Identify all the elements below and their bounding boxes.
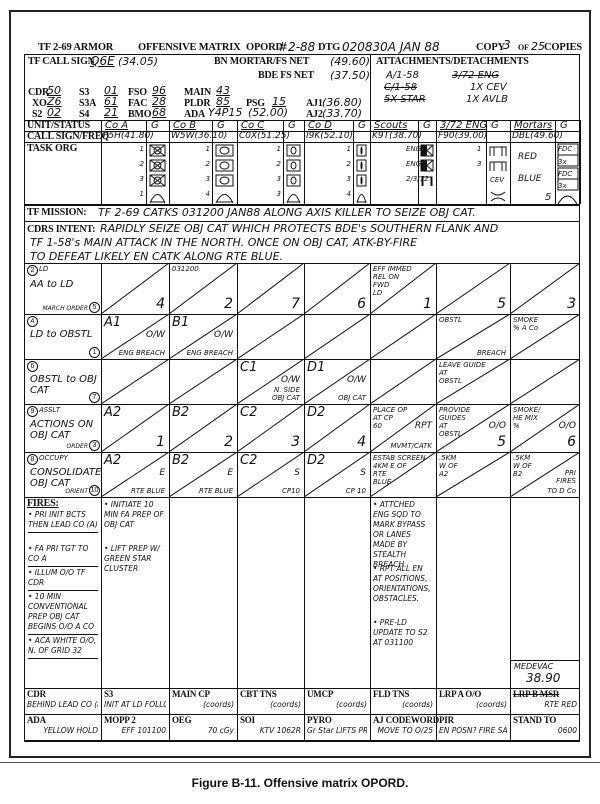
unit-callsign: W5W(36.10) [171, 131, 227, 141]
cell-bottom-right: 7 [291, 297, 300, 312]
tf-call-sign-label: TF CALL SIGN [28, 56, 95, 67]
cell-top-right: O/W [347, 376, 366, 384]
mortar-hq-number: 5 [545, 192, 551, 203]
intent-line: TO DEFEAT LIKELY EN CATK ALONG RTE BLUE. [30, 250, 283, 263]
mission-text: TF 2-69 CATKS 031200 JAN88 ALONG AXIS KI… [98, 206, 476, 219]
cell-bottom-right: 1 [423, 297, 432, 312]
matrix-cell: C1O/WN. SIDE OBJ CAT [237, 359, 304, 404]
opord-value: #2-88 [278, 40, 315, 54]
cell-bottom-right: RTE BLUE [131, 487, 165, 495]
fires-item: • INITIATE 10 MIN FA PREP OF OBJ CAT [104, 500, 166, 530]
dtg-label: DTG [318, 42, 340, 53]
of-label: OF [518, 43, 529, 52]
cell-top-left: D1 [307, 361, 325, 375]
cell-top-left: A2 [104, 406, 121, 420]
footer-label: PIR [439, 715, 454, 725]
footer-label: PYRO [307, 715, 332, 725]
platoon-number: 1 [134, 145, 144, 153]
attachment-item: 5X STAR [384, 94, 426, 105]
phase-number: 2 [27, 265, 38, 276]
s2-label: S2 [32, 109, 42, 120]
matrix-cell: 6 [304, 263, 370, 314]
bn-mortar-net-value: (49.60) [330, 55, 370, 68]
cell-top-right: E [159, 469, 165, 477]
cell-top-left: PROVIDE GUIDES AT OBSTL [439, 406, 470, 438]
cell-top-right: O/W [281, 376, 300, 384]
unit-callsign: C0X(51.25) [239, 131, 290, 141]
phase-note-number: 5 [89, 302, 100, 313]
platoon-number: 3 [271, 175, 281, 183]
platoon-number: 1 [477, 145, 481, 153]
platoon-number: 3 [200, 175, 210, 183]
unit-name: Scouts [374, 120, 407, 131]
footer-value: (coords) [172, 700, 234, 709]
fires-item: • ATTCHED ENG SQD TO MARK BYPASS OR LANE… [373, 500, 433, 570]
mortar-section-icon [557, 167, 579, 196]
matrix-cell: C23 [237, 404, 304, 452]
cell-bottom-right: 1 [156, 435, 165, 450]
cell-bottom-right: 5 [497, 297, 506, 312]
phase-title: CONSOLIDATE OBJ CAT [30, 467, 100, 489]
matrix-cell: PLACE OP AT CP 60RPTMVMT/CATK [370, 404, 436, 452]
footer-value: (coords) [439, 700, 507, 709]
cell-top-left: C2 [240, 406, 257, 420]
matrix-cell [304, 314, 370, 359]
pldr-label: PLDR [184, 98, 210, 109]
fires-item: • LIFT PREP W/ GREEN STAR CLUSTER [104, 544, 166, 574]
intent-line: TF 1-58's MAIN ATTACK IN THE NORTH. ONCE… [30, 236, 417, 249]
footer-value: (coords) [373, 700, 433, 709]
cell-bottom-right: 3 [291, 435, 300, 450]
cell-top-left: SMOKE % A Co [513, 316, 538, 332]
engineer-platoon-icon [418, 173, 436, 193]
platoon-number: 2 [341, 160, 351, 168]
ada-label: ADA [184, 109, 205, 120]
footer-label: S3 [104, 689, 113, 699]
unit-callsign: P5H(41.80) [103, 131, 154, 141]
attachment-item: A/1-58 [386, 70, 419, 81]
platoon-number: 2 [134, 160, 144, 168]
mortar-section-blue: BLUE [518, 174, 541, 184]
ada-freq: (52.00) [248, 106, 288, 119]
matrix-cell: .5KM W OF A2 [436, 452, 510, 497]
aj2-label: AJ2 [306, 109, 323, 120]
footer-label: CDR [27, 689, 46, 699]
cell-top-right: E [227, 469, 233, 477]
phase-note: ORDER [67, 443, 88, 450]
matrix-cell: D1O/WOBJ CAT [304, 359, 370, 404]
caption-rule [0, 762, 600, 763]
unit-status: G [560, 120, 568, 131]
xo-label: XO [32, 98, 47, 109]
phase-number: 4 [27, 316, 38, 327]
platoon-number: 2 [200, 160, 210, 168]
unit-name: Co A [105, 120, 128, 131]
cell-top-left: D2 [307, 406, 325, 420]
phase-number: 6 [27, 361, 38, 372]
cell-top-left: OBSTL [439, 316, 462, 324]
footer-value: RTE RED [513, 700, 577, 709]
bde-fs-net-value: (37.50) [330, 69, 370, 82]
matrix-cell [370, 359, 436, 404]
footer-value: EN POSN? FIRE SACKS? CATK? [439, 726, 507, 735]
row-label-task-org: TASK ORG [27, 143, 77, 154]
footer-label: LRP A O/O [439, 689, 481, 699]
platoon-number: ENG [406, 160, 416, 168]
footer-label: STAND TO [513, 715, 556, 725]
phase-label-cell: 2LDAA to LDMARCH ORDER5 [26, 264, 100, 313]
matrix-cell: A2ERTE BLUE [101, 452, 169, 497]
cell-bottom-right: 2 [224, 297, 233, 312]
unit-callsign: F90(39.00) [438, 131, 487, 141]
matrix-cell: 7 [237, 263, 304, 314]
footer-value: KTV 1062R [240, 726, 301, 735]
cell-top-left: ESTAB SCREEN 4KM E OF RTE BLUE [373, 454, 426, 486]
tf-call-sign-freq: (34.05) [118, 55, 158, 68]
fires-item: • PRE-LD UPDATE TO S2 AT 031100 [373, 618, 433, 648]
phase-note-number: 7 [89, 392, 100, 403]
cell-bottom-right: CP10 [282, 487, 300, 495]
footer-label: CBT TNS [240, 689, 277, 699]
cell-bottom-right: 4 [357, 435, 366, 450]
footer-value: INIT AT LD FOLLOWS CCO [104, 700, 166, 709]
intent-line: RAPIDLY SEIZE OBJ CAT WHICH PROTECTS BDE… [100, 222, 498, 235]
aj1-label: AJ1 [306, 98, 323, 109]
cell-bottom-right: 6 [357, 297, 366, 312]
attachment-item: 3/72 ENG [452, 70, 499, 81]
medevac-value: 38.90 [526, 671, 560, 685]
platoon-number: 3 [477, 160, 481, 168]
phase-number: 8 [27, 454, 38, 465]
cell-bottom-right: 2 [224, 435, 233, 450]
engineer-platoon-icon [486, 158, 510, 178]
phase-prefix: OCCUPY [39, 454, 68, 462]
cell-top-left: C2 [240, 454, 257, 468]
cell-top-right: S [360, 469, 366, 477]
unit-status: G [358, 120, 366, 131]
cell-top-right: O/O [559, 422, 576, 430]
cell-top-left: EFF IMMED REL ON FWD LD [373, 265, 412, 297]
attachments-label: ATTACHMENTS/DETACHMENTS [376, 56, 529, 67]
unit-status: G [423, 120, 431, 131]
cell-top-left: .5KM W OF A2 [439, 454, 458, 478]
of-value: 25 [531, 40, 545, 53]
matrix-cell: EFF IMMED REL ON FWD LD1 [370, 263, 436, 314]
fires-item: • ACA WHITE O/O, N. OF GRID 32 [28, 636, 98, 659]
fac-label: FAC [128, 98, 147, 109]
cdr-label: CDR [28, 87, 49, 98]
footer-value: YELLOW HOLD [27, 726, 98, 735]
cell-top-right: O/W [214, 331, 233, 339]
matrix-cell: D2SCP 10 [304, 452, 370, 497]
cell-bottom-right: CP 10 [346, 487, 366, 495]
matrix-cell: D24 [304, 404, 370, 452]
s4-label: S4 [79, 109, 89, 120]
platoon-number: 1 [200, 145, 210, 153]
cell-bottom-right: ENG BREACH [119, 349, 165, 357]
matrix-cell: ESTAB SCREEN 4KM E OF RTE BLUE [370, 452, 436, 497]
platoon-number: 1 [271, 145, 281, 153]
cell-top-left: SMOKE/ HE MIX % [513, 406, 540, 430]
platoon-number: 4 [341, 190, 351, 198]
footer-value: 0600 [513, 726, 577, 735]
unit-callsign: K9T(38.70) [372, 131, 422, 141]
cell-top-left: .5KM W OF B2 [513, 454, 532, 478]
phase-label-cell: 4LD to OBSTL1 [26, 315, 100, 358]
matrix-cell [101, 359, 169, 404]
main-label: MAIN [184, 87, 211, 98]
platoon-number: 3 [271, 190, 281, 198]
unit-name: TF 2-69 ARMOR [38, 42, 113, 53]
attachment-item: 1X CEV [470, 82, 507, 93]
figure-caption: Figure B-11. Offensive matrix OPORD. [0, 776, 600, 790]
cell-top-left: LEAVE GUIDE AT OBSTL [439, 361, 486, 385]
row-label-call-sign-freq: CALL SIGN/FREQ [27, 131, 109, 142]
unit-name: Co C [241, 120, 264, 131]
matrix-cell: OBSTLBREACH [436, 314, 510, 359]
matrix-cell: A1O/WENG BREACH [101, 314, 169, 359]
footer-label: MOPP 2 [104, 715, 136, 725]
footer-value: EFF 101100 [104, 726, 166, 735]
footer-label: ADA [27, 715, 46, 725]
bn-mortar-net-label: BN MORTAR/FS NET [214, 56, 309, 67]
matrix-cell: 4 [101, 263, 169, 314]
footer-label: LRP B MSR [513, 689, 559, 699]
cell-bottom-right: OBJ CAT [338, 394, 366, 402]
bmo-label: BMO [128, 109, 151, 120]
cell-bottom-right: TO D Co [547, 487, 576, 495]
aj2-value: (33.70) [322, 107, 362, 120]
footer-value: (coords) [240, 700, 301, 709]
fires-item: • 10 MIN CONVENTIONAL PREP OBJ CAT BEGIN… [28, 592, 98, 635]
phase-title: OBSTL to OBJ CAT [30, 374, 100, 396]
platoon-number: ENG [406, 145, 416, 153]
cell-top-left: PLACE OP AT CP 60 [373, 406, 407, 430]
footer-value: MOVE TO O/25 [373, 726, 433, 735]
phase-note: MARCH ORDER [42, 305, 88, 312]
cell-bottom-right: N. SIDE OBJ CAT [272, 386, 300, 402]
cell-bottom-right: RTE BLUE [199, 487, 233, 495]
document-title: OFFENSIVE MATRIX [138, 42, 241, 53]
unit-name: Co D [308, 120, 332, 131]
phase-note-number: 3 [89, 440, 100, 451]
matrix-cell: 3 [510, 263, 580, 314]
cell-bottom-right: 3 [567, 297, 576, 312]
medevac-label: MEDEVAC [514, 662, 553, 671]
s3-label: S3 [79, 87, 89, 98]
footer-value: Gr Star LIFTS PREP [307, 726, 367, 735]
cell-top-left: A2 [104, 454, 121, 468]
footer-label: SOI [240, 715, 255, 725]
platoon-number: 1 [134, 190, 144, 198]
footer-label: OEG [172, 715, 191, 725]
s2-value: 02 [47, 106, 61, 119]
unit-callsign: I9K(52.10) [306, 131, 353, 141]
matrix-cell: B22 [169, 404, 237, 452]
fires-label: FIRES: [27, 498, 59, 509]
platoon-number: 2/3/72 [406, 175, 416, 183]
cell-bottom-right: ENG BREACH [187, 349, 233, 357]
cell-top-left: A1 [104, 316, 121, 330]
unit-status: G [217, 120, 225, 131]
cell-top-right: PRI FIRES [556, 469, 576, 485]
cell-bottom-right: 6 [567, 435, 576, 450]
mission-label: TF MISSION: [27, 207, 86, 218]
phase-title: ACTIONS ON OBJ CAT [30, 419, 100, 441]
s3a-label: S3A [79, 98, 96, 109]
matrix-cell [237, 314, 304, 359]
phase-label-cell: 6OBSTL to OBJ CAT7 [26, 360, 100, 403]
bmo-value: 68 [152, 106, 166, 119]
footer-value: (coords) [307, 700, 367, 709]
matrix-cell: SMOKE % A Co [510, 314, 580, 359]
s4-value: 21 [104, 106, 118, 119]
cell-top-left: D2 [307, 454, 325, 468]
phase-note-number: 10 [89, 485, 100, 496]
matrix-cell: C2SCP10 [237, 452, 304, 497]
cell-top-left: B1 [172, 316, 189, 330]
fires-item: • ILLUM O/O TF CDR [28, 568, 98, 591]
matrix-cell: 0312002 [169, 263, 237, 314]
footer-value: BEHIND LEAD CO (INIT A CO) [27, 700, 98, 709]
attachment-item: 1X AVLB [466, 94, 508, 105]
cell-top-left: C1 [240, 361, 257, 375]
platoon-number: 3 [134, 175, 144, 183]
cell-top-left: B2 [172, 406, 189, 420]
phase-title: LD to OBSTL [30, 329, 100, 340]
phase-title: AA to LD [30, 279, 100, 290]
unit-status: G [288, 120, 296, 131]
fires-item: • FA PRI TGT TO CO A [28, 544, 98, 567]
fires-item: • PRI INIT BCTS THEN LEAD CO (A) [28, 510, 98, 533]
cell-top-right: O/W [146, 331, 165, 339]
platoon-number: 3 [341, 175, 351, 183]
attachment-item: C/1-58 [384, 82, 417, 93]
unit-callsign: DBL(49.60) [512, 131, 563, 141]
unit-status: G [491, 120, 499, 131]
dtg-value: 020830A JAN 88 [342, 40, 440, 54]
footer-label: FLD TNS [373, 689, 409, 699]
cell-top-left: B2 [172, 454, 189, 468]
cell-top-right: O/O [489, 422, 506, 430]
ada-value: Y4P15 [208, 106, 242, 119]
copy-value: 3 [503, 38, 511, 52]
row-label-unit-status: UNIT/STATUS [27, 120, 90, 131]
unit-name: 3/72 ENG [440, 120, 487, 131]
unit-name: Mortars [514, 120, 552, 131]
unit-status: G [151, 120, 159, 131]
mortar-section-red: RED [518, 152, 537, 162]
platoon-number: 1 [341, 145, 351, 153]
phase-prefix: ASSLT [39, 406, 60, 414]
matrix-cell: .5KM W OF B2PRI FIRESTO D Co [510, 452, 580, 497]
cell-bottom-right: 5 [497, 435, 506, 450]
fires-item: • RPT ALL EN AT POSITIONS, ORIENTATIONS,… [373, 564, 433, 604]
footer-value: 70 cGy [172, 726, 234, 735]
cell-bottom-right: 4 [156, 297, 165, 312]
footer-label: MAIN CP [172, 689, 210, 699]
phase-prefix: LD [39, 265, 48, 273]
phase-label-cell: 9ASSLTACTIONS ON OBJ CATORDER3 [26, 405, 100, 451]
phase-number: 9 [27, 406, 38, 417]
matrix-cell: B1O/WENG BREACH [169, 314, 237, 359]
intent-label: CDRS INTENT: [27, 224, 95, 235]
cell-top-left: 031200 [172, 265, 199, 273]
matrix-cell: LEAVE GUIDE AT OBSTL [436, 359, 510, 404]
phase-label-cell: 8OCCUPYCONSOLIDATE OBJ CATORIENT10 [26, 453, 100, 496]
matrix-cell [169, 359, 237, 404]
cev-label: CEV [490, 176, 504, 184]
phase-note: ORIENT [65, 488, 88, 495]
matrix-cell [370, 314, 436, 359]
cell-top-right: RPT [415, 422, 432, 430]
tf-call-sign-value: Q6E [90, 54, 115, 68]
platoon-number: 2 [271, 160, 281, 168]
matrix-cell [510, 359, 580, 404]
cell-top-right: S [294, 469, 300, 477]
copy-label: COPY [476, 42, 505, 53]
platoon-number: 4 [200, 190, 210, 198]
cell-bottom-right: BREACH [477, 349, 506, 357]
unit-name: Co B [173, 120, 196, 131]
matrix-cell: SMOKE/ HE MIX %O/O6 [510, 404, 580, 452]
matrix-cell: 5 [436, 263, 510, 314]
matrix-cell: B2ERTE BLUE [169, 452, 237, 497]
footer-label: AJ CODEWORD [373, 715, 439, 725]
matrix-cell: PROVIDE GUIDES AT OBSTLO/O5 [436, 404, 510, 452]
footer-label: UMCP [307, 689, 333, 699]
phase-note-number: 1 [89, 347, 100, 358]
bde-fs-net-label: BDE FS NET [258, 70, 314, 81]
copies-label: COPIES [544, 42, 582, 53]
cell-bottom-right: MVMT/CATK [390, 442, 432, 450]
matrix-cell: A21 [101, 404, 169, 452]
fso-label: FSO [128, 87, 147, 98]
